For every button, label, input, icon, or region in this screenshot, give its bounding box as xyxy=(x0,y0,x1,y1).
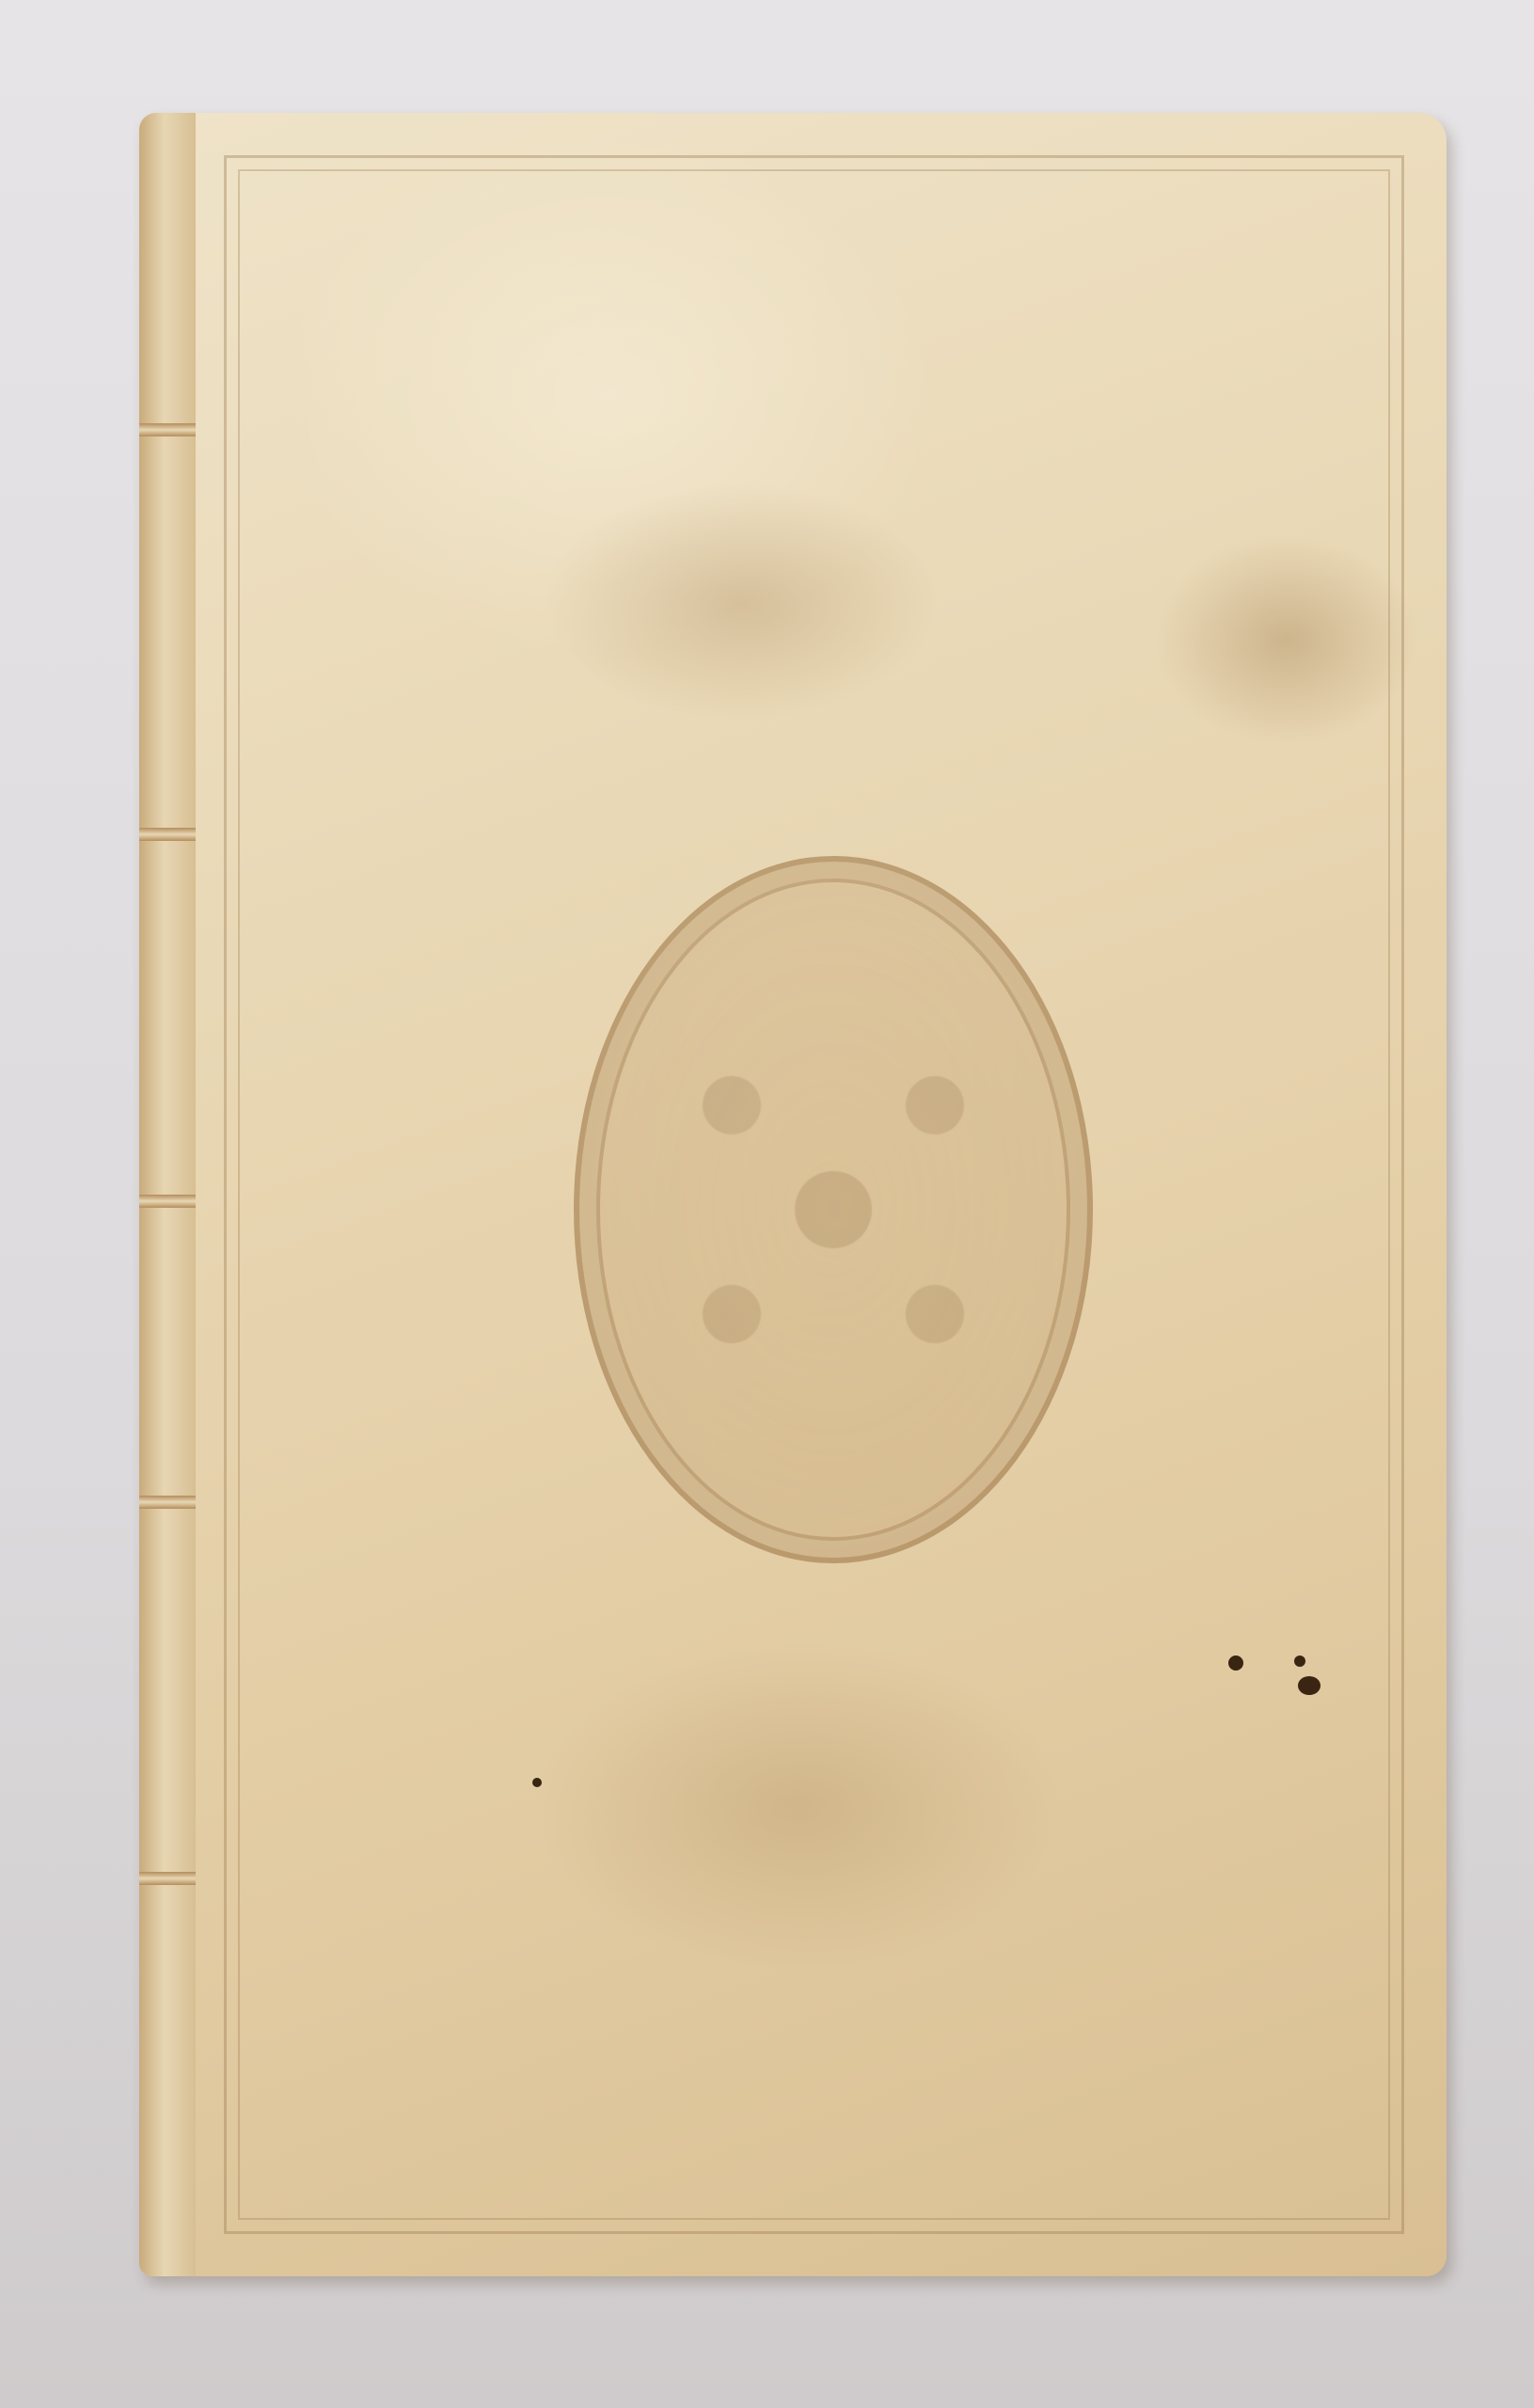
book-cover xyxy=(139,113,1447,2276)
stain-spot xyxy=(532,1778,542,1787)
spine-band xyxy=(139,828,196,841)
spine-band xyxy=(139,1872,196,1885)
stain-spot xyxy=(1294,1655,1305,1667)
oval-centerpiece-ornament xyxy=(574,856,1093,1563)
spine-band xyxy=(139,423,196,436)
book-spine xyxy=(139,113,196,2276)
spine-band xyxy=(139,1195,196,1208)
stain-spot xyxy=(1228,1655,1243,1671)
spine-band xyxy=(139,1496,196,1509)
stain-spot xyxy=(1298,1676,1321,1695)
